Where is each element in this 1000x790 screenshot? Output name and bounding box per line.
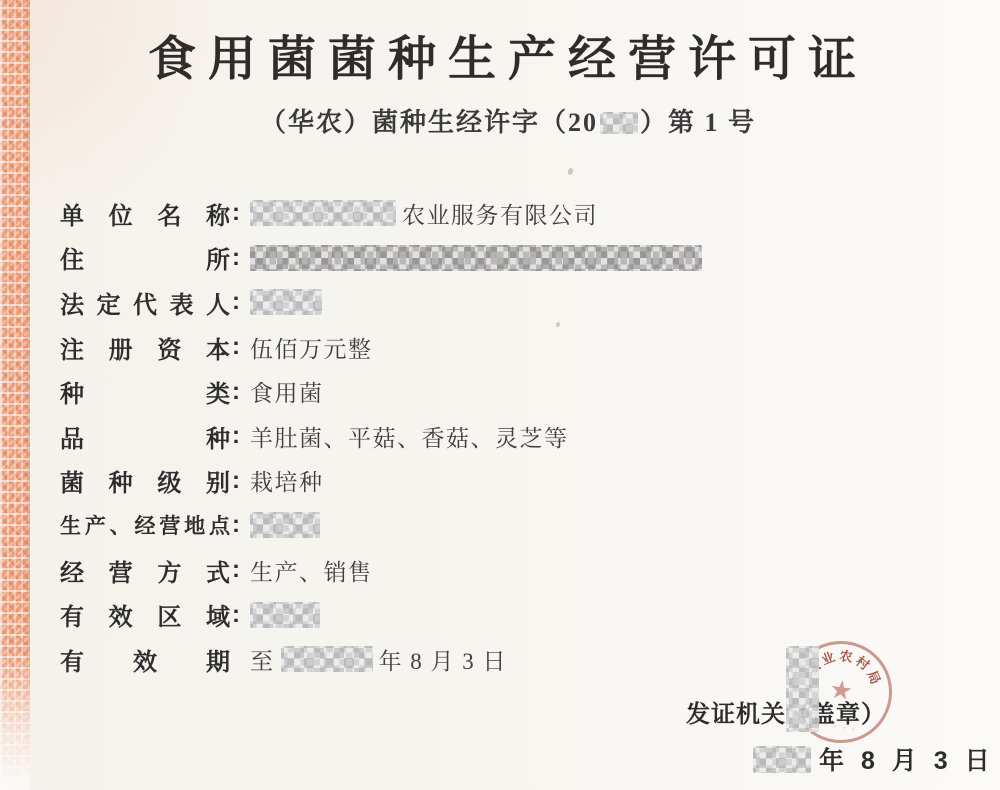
label-char: 单 — [60, 196, 84, 231]
field-row: 单位名称:农业服务有限公司 — [60, 191, 960, 236]
redaction-block — [753, 746, 811, 773]
label-colon: : — [230, 378, 244, 406]
scan-speckle — [567, 167, 574, 175]
issue-date-text: 年 8 月 3 日 — [819, 741, 995, 777]
label-colon: : — [230, 601, 244, 629]
certificate-number-line: （华农）菌种生经许字（20）第 1 号 — [34, 102, 982, 139]
label-colon: : — [230, 199, 244, 227]
certificate-page: 食用菌菌种生产经营许可证 （华农）菌种生经许字（20）第 1 号 单位名称:农业… — [0, 0, 1000, 790]
label-char: 经 — [134, 510, 155, 540]
field-label: 菌种级别 — [60, 463, 230, 498]
label-char: 称 — [206, 196, 230, 231]
field-value: 羊肚菌、平菇、香菇、灵芝等 — [250, 420, 569, 453]
field-row: 住所: — [60, 236, 960, 281]
redaction-block — [250, 602, 320, 628]
field-label: 经营方式 — [60, 553, 230, 588]
label-char: 注 — [60, 330, 84, 365]
issue-date-line: 年 8 月 3 日 — [753, 741, 995, 777]
field-value: 伍佰万元整 — [250, 331, 373, 364]
redaction-block — [250, 245, 702, 271]
redaction-block — [786, 646, 819, 732]
field-row: 生产、经营地点: — [60, 503, 960, 548]
seal-arc-char: 业 — [818, 646, 837, 668]
label-colon: : — [230, 288, 244, 316]
label-char: 式 — [206, 553, 230, 588]
label-char: 法 — [60, 285, 84, 320]
field-label: 法定代表人 — [60, 285, 230, 320]
label-char: 地 — [184, 510, 205, 540]
decorative-border-strip — [0, 0, 30, 790]
label-char: 种 — [206, 419, 230, 454]
label-char: 类 — [206, 374, 230, 409]
field-value: 栽培种 — [250, 464, 324, 497]
field-value: 食用菌 — [250, 375, 324, 408]
seal-arc-char: 局 — [863, 667, 886, 687]
redaction-block — [250, 200, 396, 226]
label-char: 代 — [133, 285, 157, 320]
field-label: 有效区域 — [60, 597, 230, 632]
field-row: 有效区域: — [60, 592, 960, 637]
label-char: 品 — [60, 419, 84, 454]
label-char: 营 — [109, 553, 133, 588]
label-char: 生 — [60, 510, 81, 540]
field-value: 生产、销售 — [250, 554, 373, 587]
label-colon: : — [230, 556, 244, 584]
label-char: 菌 — [60, 463, 84, 498]
label-char: 域 — [206, 597, 230, 632]
field-value: 至 — [250, 643, 275, 676]
label-char: 有 — [60, 642, 84, 677]
certificate-number-prefix: （华农）菌种生经许字（20 — [260, 108, 598, 137]
label-char: 产 — [85, 510, 106, 540]
field-label: 生产、经营地点 — [60, 510, 230, 540]
label-char: 效 — [133, 642, 157, 677]
seal-arc-char: 农 — [838, 645, 854, 666]
label-char: 名 — [157, 196, 181, 231]
certificate-number-suffix: ）第 1 号 — [640, 108, 756, 137]
label-char: 方 — [157, 553, 181, 588]
label-colon: : — [230, 422, 244, 450]
label-char: 有 — [60, 597, 84, 632]
redaction-block — [250, 289, 322, 315]
field-label: 有效期 — [60, 642, 230, 677]
label-char: 位 — [109, 196, 133, 231]
field-label: 住所 — [60, 240, 230, 275]
label-colon: : — [230, 467, 244, 495]
field-row: 种类:食用菌 — [60, 369, 960, 414]
field-row: 菌种级别:栽培种 — [60, 459, 960, 504]
label-char: 级 — [157, 463, 181, 498]
label-char: 点 — [209, 510, 230, 540]
label-char: 表 — [170, 285, 194, 320]
field-value: 农业服务有限公司 — [402, 197, 598, 230]
label-char: 所 — [206, 240, 230, 275]
redaction-block — [281, 646, 373, 672]
label-char: 营 — [159, 510, 180, 540]
label-colon: : — [230, 511, 244, 539]
label-char: 定 — [97, 285, 121, 320]
field-label: 种类 — [60, 374, 230, 409]
field-row: 注册资本:伍佰万元整 — [60, 325, 960, 370]
redaction-block — [250, 512, 320, 538]
field-row: 经营方式:生产、销售 — [60, 548, 960, 593]
label-char: 期 — [206, 642, 230, 677]
field-label: 注册资本 — [60, 330, 230, 365]
label-char: 本 — [206, 330, 230, 365]
certificate-title: 食用菌菌种生产经营许可证 — [34, 20, 982, 89]
field-value: 年 8 月 3 日 — [379, 643, 508, 676]
label-char: 、 — [110, 510, 131, 540]
fields: 单位名称:农业服务有限公司住所:法定代表人:注册资本:伍佰万元整种类:食用菌品种… — [60, 191, 960, 682]
field-label: 单位名称 — [60, 196, 230, 231]
label-char: 住 — [60, 240, 84, 275]
label-colon: : — [230, 244, 244, 272]
label-char: 效 — [109, 597, 133, 632]
field-label: 品种 — [60, 419, 230, 454]
redaction-block — [600, 112, 638, 134]
label-char: 经 — [60, 553, 84, 588]
label-char: 种 — [60, 374, 84, 409]
label-char: 种 — [109, 463, 133, 498]
label-colon: : — [230, 333, 244, 361]
field-row: 法定代表人: — [60, 280, 960, 325]
label-char: 别 — [206, 463, 230, 498]
label-char: 册 — [109, 330, 133, 365]
label-char: 区 — [157, 597, 181, 632]
label-char: 资 — [157, 330, 181, 365]
label-char: 人 — [206, 285, 230, 320]
field-row: 品种:羊肚菌、平菇、香菇、灵芝等 — [60, 414, 960, 459]
